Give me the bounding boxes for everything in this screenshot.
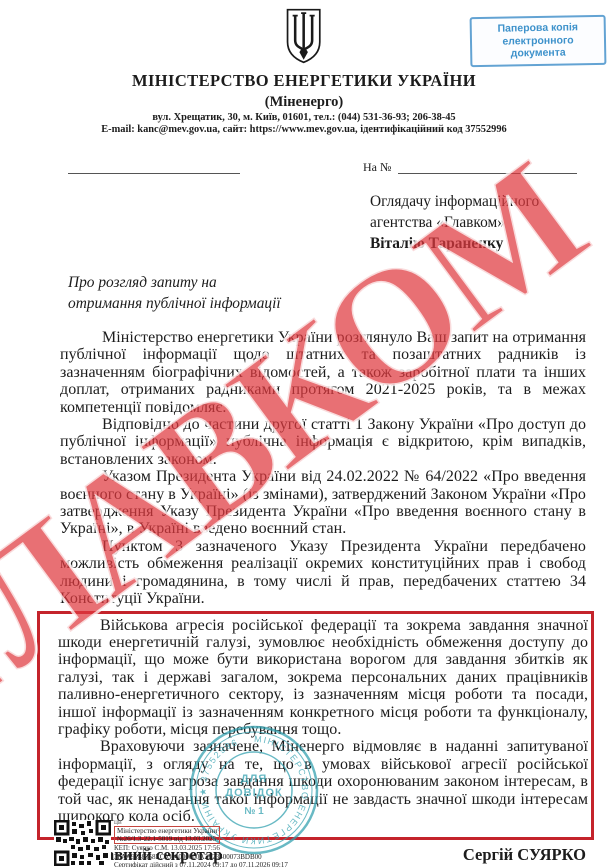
round-stamp-center-line: ДОВІДОК [225, 787, 283, 799]
incoming-number-line [398, 173, 577, 174]
subject-line: отримання публічної інформації [68, 293, 608, 314]
reference-row: На № [0, 159, 608, 181]
round-stamp-center-line: № 1 [244, 806, 264, 817]
restricted-paragraph: Військова агресія російської федерації т… [58, 617, 588, 739]
paper-copy-stamp: Паперова копія електронного документа [470, 15, 607, 67]
round-stamp-center-line: ДЛЯ [241, 773, 267, 785]
esign-highlight-rect: Міністерство енергетики України №26/1.3-… [114, 826, 220, 844]
document-page: Паперова копія електронного документа МІ… [0, 0, 608, 867]
esign-block: ЦВ Міністерство енергетики України №26/1… [54, 820, 288, 867]
letter-body: Міністерство енергетики України розгляну… [60, 329, 586, 608]
ministry-name: МІНІСТЕРСТВО ЕНЕРГЕТИКИ УКРАЇНИ [0, 71, 608, 91]
paper-copy-stamp-line: документа [474, 46, 602, 61]
esign-doc-number: №26/1.3-22.1-5019 від 13.03.2025 [117, 835, 217, 843]
ministry-short-name: (Міненерго) [0, 94, 608, 111]
ministry-address: вул. Хрещатик, 30, м. Київ, 01601, тел.:… [0, 112, 608, 123]
esign-cert-serial: 3FAA9288358EC0304000000A2E23400073BDB00 [114, 853, 288, 861]
recipient-block: Оглядачу інформаційного агентства «Главк… [370, 191, 608, 254]
body-paragraph: Відповідно до частини другої статті 1 За… [60, 416, 586, 468]
esign-kep-line: КЕП: Суярко С.М. 13.03.2025 17:56 [114, 844, 288, 852]
subject-block: Про розгляд запиту на отримання публічно… [68, 272, 608, 314]
recipient-line: Оглядачу інформаційного [370, 191, 608, 212]
recipient-name: Віталію Тараненку [370, 233, 608, 254]
recipient-line: агентства «Главком» [370, 212, 608, 233]
qr-code-icon [54, 820, 111, 866]
signature-name: Сергій СУЯРКО [463, 845, 586, 865]
ministry-contacts: E-mail: kanc@mev.gov.ua, сайт: https://w… [0, 124, 608, 135]
body-paragraph: Міністерство енергетики України розгляну… [60, 329, 586, 416]
restricted-paragraph: Враховуючи зазначене, Міненерго відмовля… [58, 738, 588, 825]
body-paragraph: Пунктом 3 зазначеного Указу Президента У… [60, 538, 586, 608]
esign-cert-validity: Сертифікат дійсний з 07.11.2024 09:17 до… [114, 861, 288, 867]
outgoing-number-line [68, 173, 240, 174]
esign-org: Міністерство енергетики України [117, 827, 217, 835]
trident-coat-of-arms-icon [285, 8, 322, 64]
incoming-number-label: На № [363, 160, 391, 175]
subject-line: Про розгляд запиту на [68, 272, 608, 293]
body-paragraph: Указом Президента України від 24.02.2022… [60, 468, 586, 538]
